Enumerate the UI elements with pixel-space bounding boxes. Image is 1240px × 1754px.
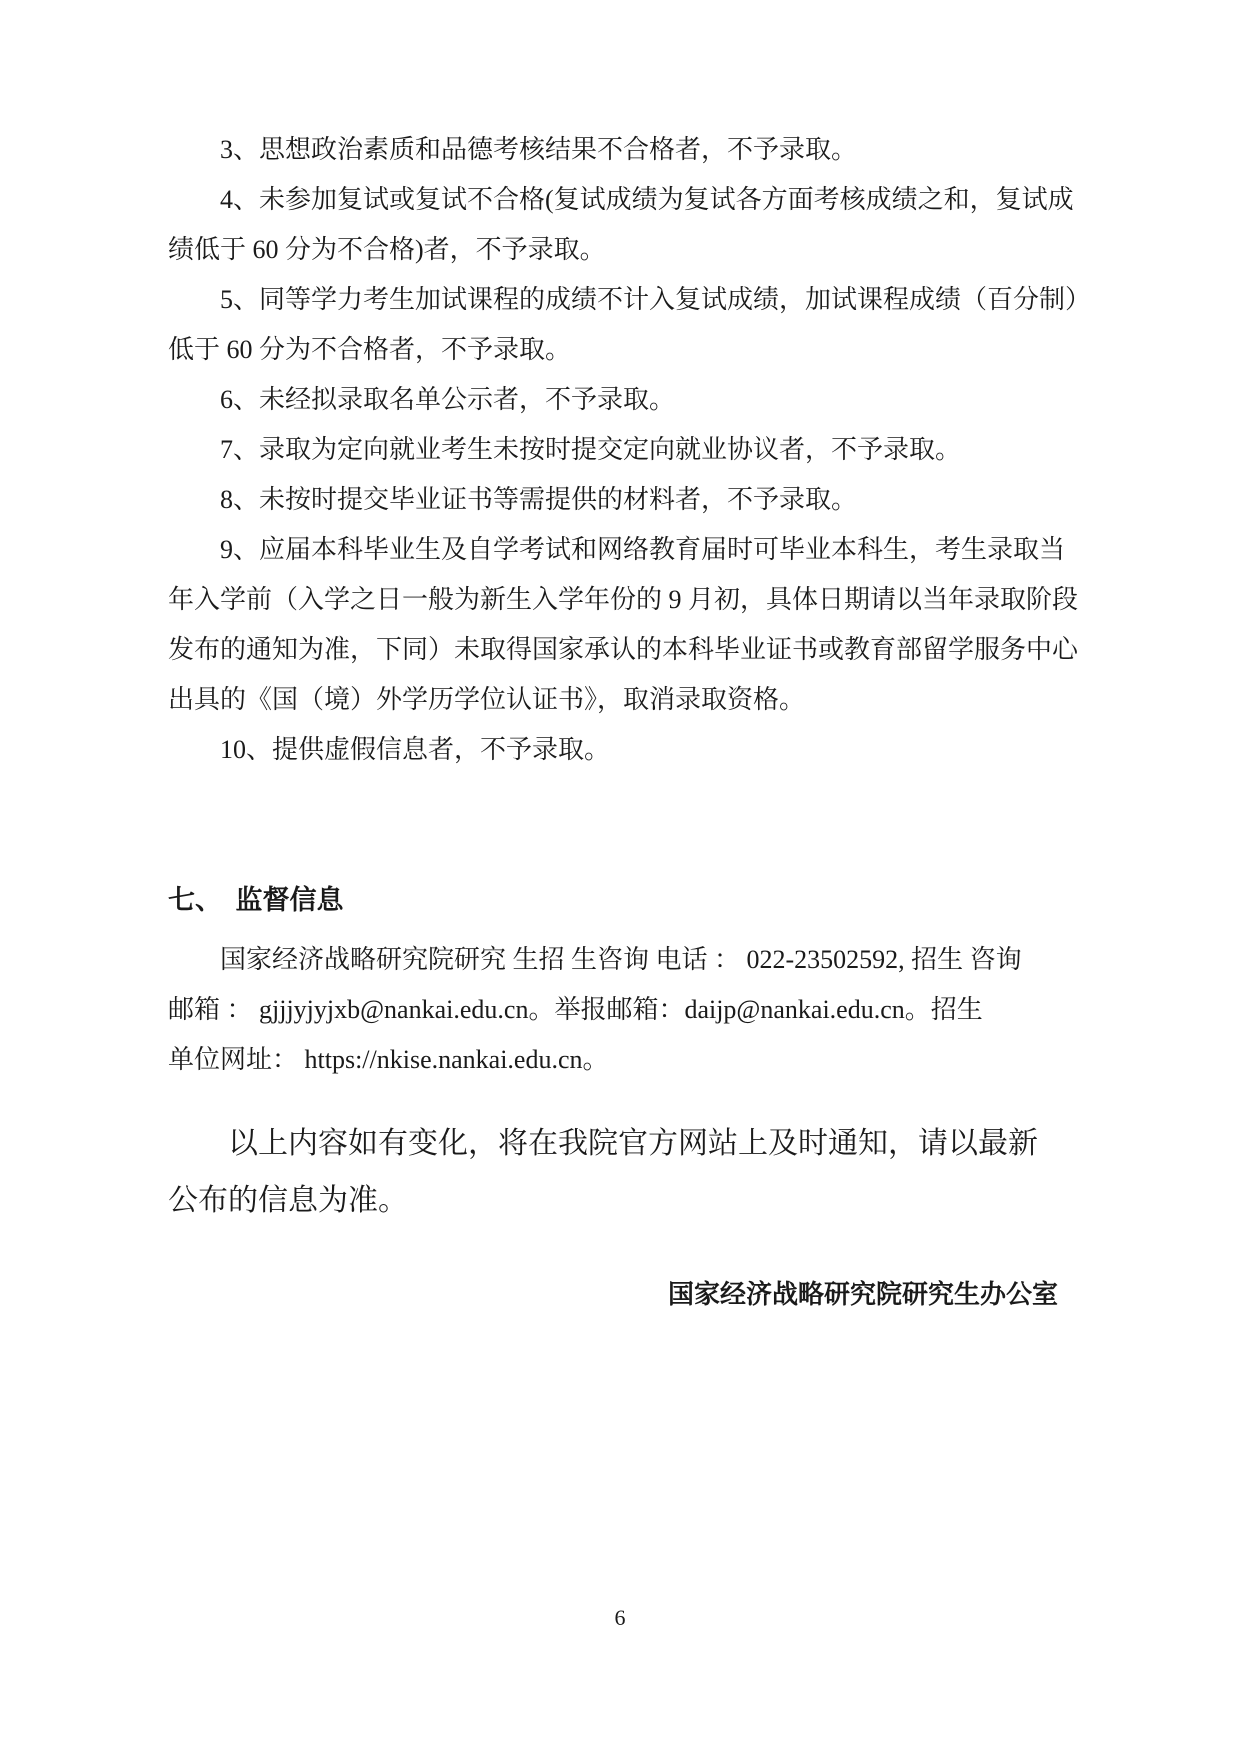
- closing-note-line-1: 以上内容如有变化，将在我院官方网站上及时通知，请以最新: [168, 1115, 1072, 1172]
- supervision-contact-info: 国家经济战略研究院研究 生招 生咨询 电话 ： 022-23502592, 招生…: [168, 935, 1072, 1085]
- contact-line-website: 单位网址： https://nkise.nankai.edu.cn。: [168, 1035, 1072, 1085]
- rule-line-3: 3、思想政治素质和品德考核结果不合格者，不予录取。: [168, 125, 1072, 175]
- rule-line-9c: 发布的通知为准，下同）未取得国家承认的本科毕业证书或教育部留学服务中心: [168, 625, 1072, 675]
- closing-note-line-2: 公布的信息为准。: [168, 1172, 1072, 1229]
- document-page: 3、思想政治素质和品德考核结果不合格者，不予录取。 4、未参加复试或复试不合格(…: [0, 0, 1240, 1754]
- contact-line-phone: 国家经济战略研究院研究 生招 生咨询 电话 ： 022-23502592, 招生…: [168, 935, 1072, 985]
- rule-line-5a: 5、同等学力考生加试课程的成绩不计入复试成绩，加试课程成绩（百分制）: [168, 275, 1072, 325]
- rule-line-9b: 年入学前（入学之日一般为新生入学年份的 9 月初，具体日期请以当年录取阶段: [168, 575, 1072, 625]
- rule-line-4b: 绩低于 60 分为不合格)者，不予录取。: [168, 225, 1072, 275]
- rule-line-10: 10、提供虚假信息者，不予录取。: [168, 725, 1072, 775]
- rule-line-7: 7、录取为定向就业考生未按时提交定向就业协议者，不予录取。: [168, 425, 1072, 475]
- rule-line-9a: 9、应届本科毕业生及自学考试和网络教育届时可毕业本科生，考生录取当: [168, 525, 1072, 575]
- rule-line-8: 8、未按时提交毕业证书等需提供的材料者，不予录取。: [168, 475, 1072, 525]
- contact-line-email: 邮箱 ： gjjjyjyjxb@nankai.edu.cn。举报邮箱：daijp…: [168, 985, 1072, 1035]
- rule-line-9d: 出具的《国（境）外学历学位认证书》，取消录取资格。: [168, 675, 1072, 725]
- signature: 国家经济战略研究院研究生办公室: [168, 1269, 1072, 1319]
- rule-line-6: 6、未经拟录取名单公示者，不予录取。: [168, 375, 1072, 425]
- supervision-section-heading: 七、 监督信息: [168, 875, 1072, 925]
- closing-note: 以上内容如有变化，将在我院官方网站上及时通知，请以最新 公布的信息为准。: [168, 1115, 1072, 1229]
- page-number: 6: [168, 1595, 1072, 1640]
- rule-line-4a: 4、未参加复试或复试不合格(复试成绩为复试各方面考核成绩之和，复试成: [168, 175, 1072, 225]
- admission-rules-list: 3、思想政治素质和品德考核结果不合格者，不予录取。 4、未参加复试或复试不合格(…: [168, 125, 1072, 775]
- rule-line-5b: 低于 60 分为不合格者，不予录取。: [168, 325, 1072, 375]
